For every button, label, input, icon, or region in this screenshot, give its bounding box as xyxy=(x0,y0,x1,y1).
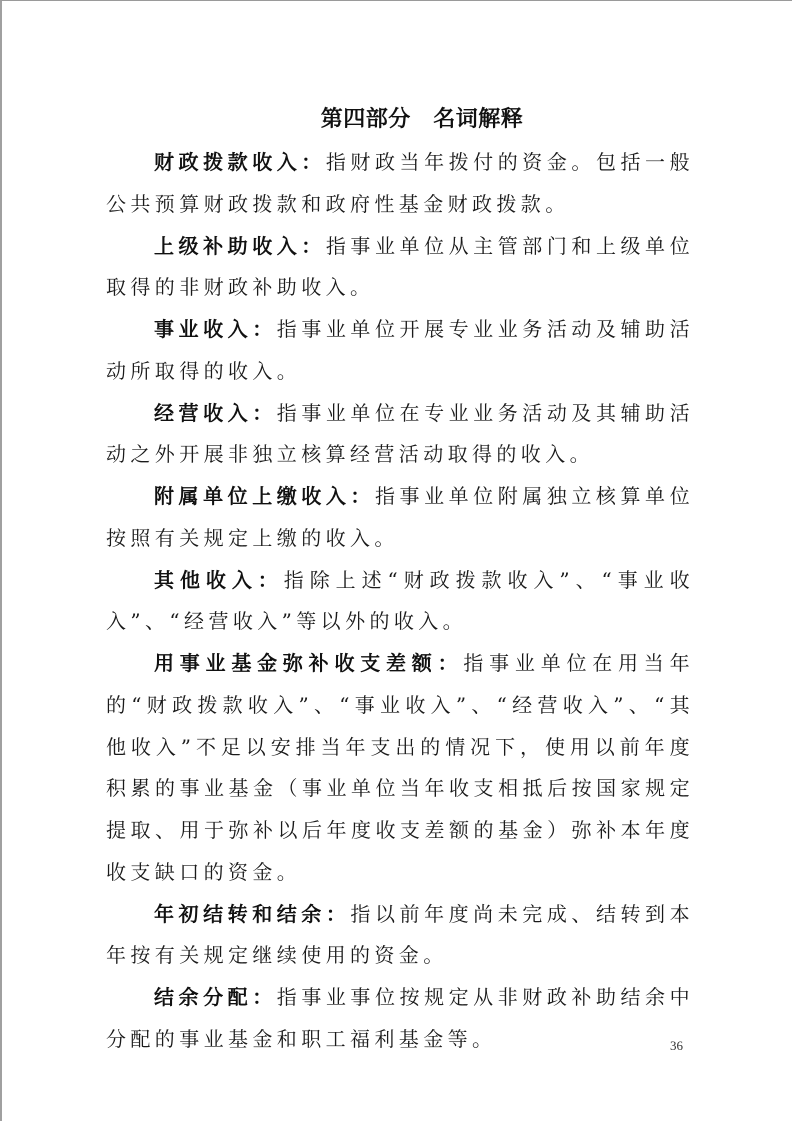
definition-item: 财政拨款收入：指财政当年拨付的资金。包括一般公共预算财政拨款和政府性基金财政拨款… xyxy=(106,142,694,226)
definition-text: 指事业单位在用当年的“财政拨款收入”、“事业收入”、“经营收入”、“其他收入”不… xyxy=(106,651,694,884)
definition-item: 事业收入：指事业单位开展专业业务活动及辅助活动所取得的收入。 xyxy=(106,309,694,393)
definitions-list: 财政拨款收入：指财政当年拨付的资金。包括一般公共预算财政拨款和政府性基金财政拨款… xyxy=(106,142,694,1061)
definition-term: 上级补助收入： xyxy=(154,234,326,258)
document-page: 第四部分 名词解释 财政拨款收入：指财政当年拨付的资金。包括一般公共预算财政拨款… xyxy=(0,0,792,1121)
definition-term: 事业收入： xyxy=(154,317,277,341)
definition-item: 结余分配：指事业事位按规定从非财政补助结余中分配的事业基金和职工福利基金等。 xyxy=(106,977,694,1061)
definition-term: 其他收入： xyxy=(154,568,284,592)
definition-term: 结余分配： xyxy=(154,985,277,1009)
definition-term: 财政拨款收入： xyxy=(154,150,326,174)
definition-item: 其他收入：指除上述“财政拨款收入”、“事业收入”、“经营收入”等以外的收入。 xyxy=(106,560,694,644)
page-title: 第四部分 名词解释 xyxy=(2,102,793,133)
definition-item: 附属单位上缴收入：指事业单位附属独立核算单位按照有关规定上缴的收入。 xyxy=(106,476,694,560)
definition-term: 经营收入： xyxy=(154,401,277,425)
page-number: 36 xyxy=(670,1038,683,1054)
definition-item: 用事业基金弥补收支差额：指事业单位在用当年的“财政拨款收入”、“事业收入”、“经… xyxy=(106,643,694,894)
definition-term: 年初结转和结余： xyxy=(154,902,350,926)
definition-item: 上级补助收入：指事业单位从主管部门和上级单位取得的非财政补助收入。 xyxy=(106,226,694,310)
definition-term: 用事业基金弥补收支差额： xyxy=(154,651,463,675)
definition-item: 年初结转和结余：指以前年度尚未完成、结转到本年按有关规定继续使用的资金。 xyxy=(106,894,694,978)
definition-item: 经营收入：指事业单位在专业业务活动及其辅助活动之外开展非独立核算经营活动取得的收… xyxy=(106,393,694,477)
definition-term: 附属单位上缴收入： xyxy=(154,484,375,508)
